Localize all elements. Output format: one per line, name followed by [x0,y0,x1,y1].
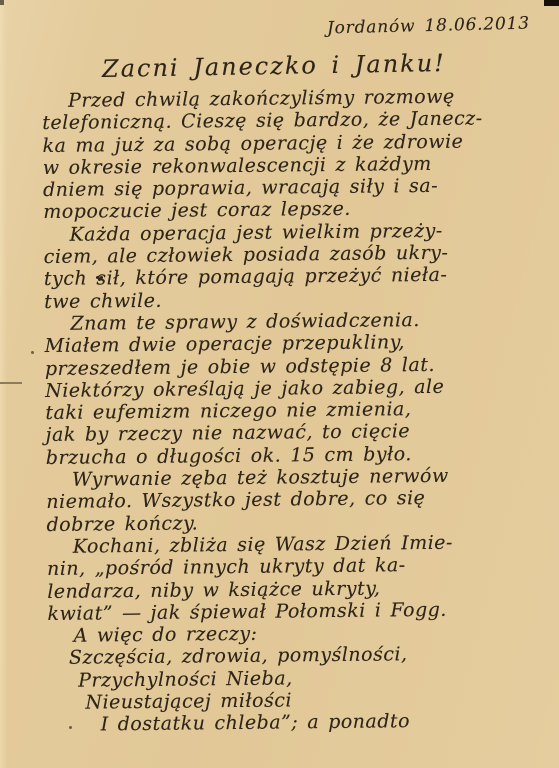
scan-artifact-top-left [0,0,4,5]
dateline: Jordanów 18.06.2013 [327,14,530,39]
letter-line: I dostatku chleba”; a ponadto [49,709,559,737]
scan-edge-highlight [0,0,7,768]
margin-pencil-dot [31,351,34,354]
salutation: Zacni Janeczko i Janku! [102,49,446,83]
letter-page: Jordanów 18.06.2013 Zacni Janeczko i Jan… [0,0,559,768]
scan-artifact-top-right [544,0,559,6]
letter-body: Przed chwilą zakończyliśmy rozmowę telef… [42,85,559,737]
margin-pencil-dash [0,382,22,384]
